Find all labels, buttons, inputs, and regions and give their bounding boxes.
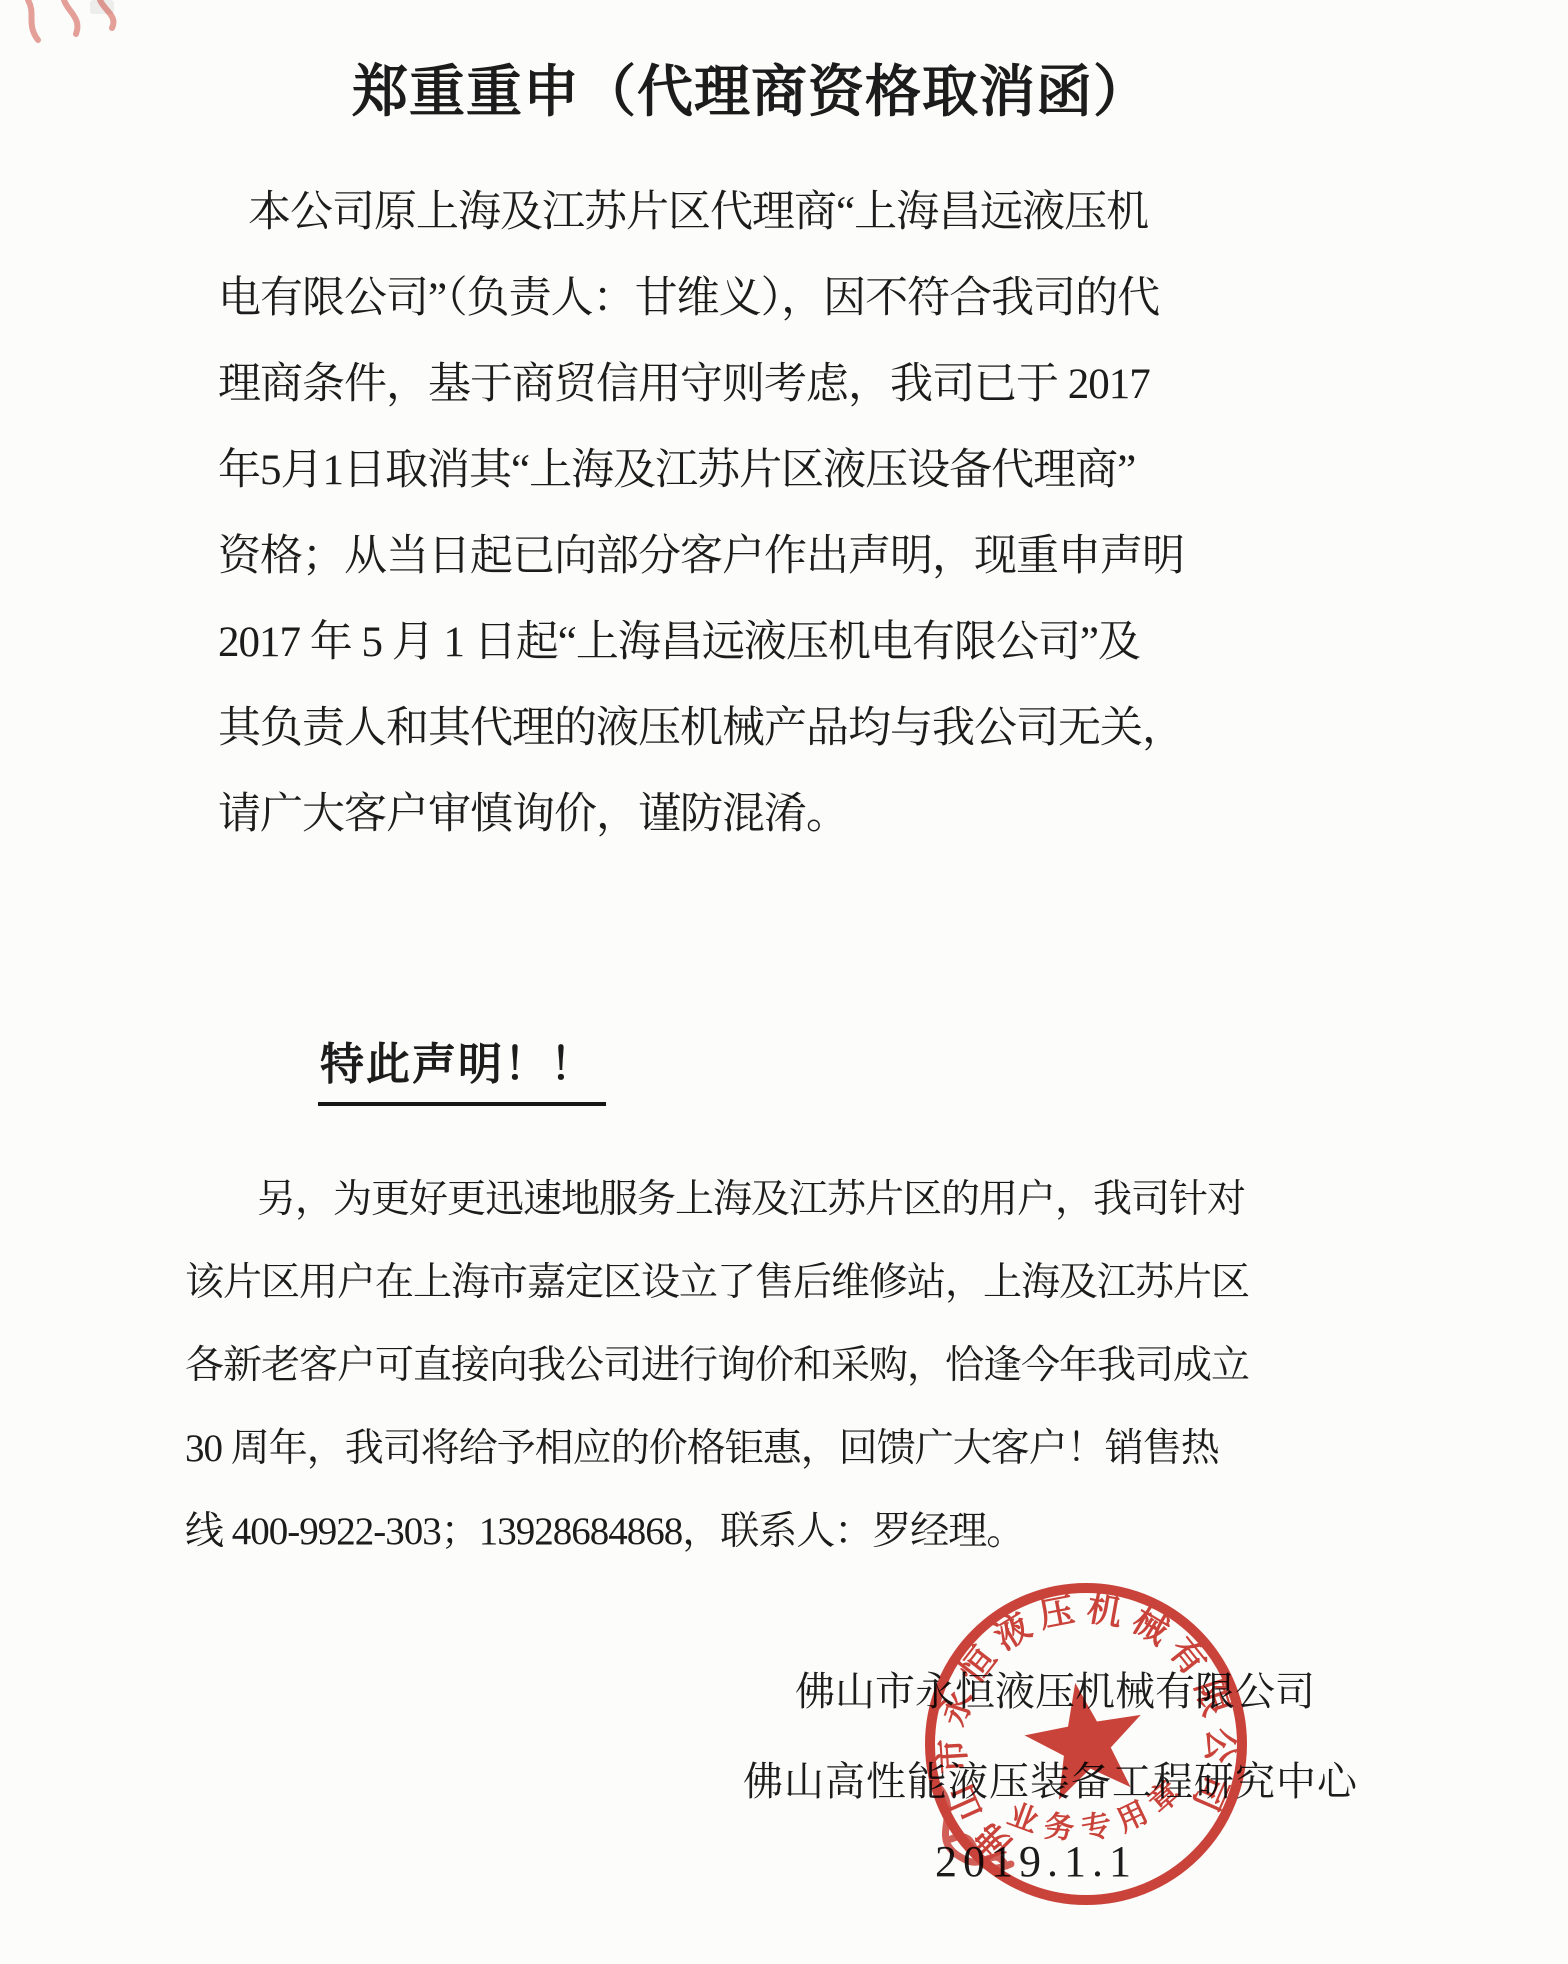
- body-line: 另，为更好更迅速地服务上海及江苏片区的用户，我司针对: [185, 1158, 1145, 1241]
- letter-page: 郑重重申（代理商资格取消函） 本公司原上海及江苏片区代理商“上海昌远液压机 电有…: [0, 0, 1568, 1964]
- statement-heading: 特此声明！！: [318, 1028, 606, 1106]
- body-line: 资格；从当日起已向部分客户作出声明，现重申声明: [218, 514, 1138, 600]
- official-seal: 佛山市永恒液压机械有限公司 业务专用章: [905, 1563, 1267, 1925]
- body-line: 电有限公司”（负责人：甘维义），因不符合我司的代: [218, 256, 1138, 342]
- body-line: 理商条件，基于商贸信用守则考虑，我司已于 2017: [218, 342, 1138, 428]
- body-line: 请广大客户审慎询价，谨防混淆。: [218, 772, 1138, 858]
- star-icon: [1017, 1673, 1153, 1804]
- body-line: 2017 年 5 月 1 日起“上海昌远液压机电有限公司”及: [218, 600, 1138, 686]
- body-line: 本公司原上海及江苏片区代理商“上海昌远液压机: [218, 170, 1138, 256]
- body-line: 其负责人和其代理的液压机械产品均与我公司无关，: [218, 686, 1138, 772]
- paragraph-2: 另，为更好更迅速地服务上海及江苏片区的用户，我司针对 该片区用户在上海市嘉定区设…: [185, 1158, 1145, 1573]
- body-line: 线 400-9922-303；13928684868，联系人：罗经理。: [185, 1490, 1145, 1573]
- seal-bottom-text: 业务专用章: [998, 1765, 1200, 1860]
- body-line: 该片区用户在上海市嘉定区设立了售后维修站，上海及江苏片区: [185, 1241, 1145, 1324]
- body-line: 年5月1日取消其“上海及江苏片区液压设备代理商”: [218, 428, 1138, 514]
- document-title: 郑重重申（代理商资格取消函）: [352, 48, 1150, 128]
- body-line: 各新老客户可直接向我公司进行询价和采购，恰逢今年我司成立: [185, 1324, 1145, 1407]
- body-line: 30 周年，我司将给予相应的价格钜惠，回馈广大客户！销售热: [185, 1407, 1145, 1490]
- red-pen-marks: [16, 0, 128, 48]
- paragraph-1: 本公司原上海及江苏片区代理商“上海昌远液压机 电有限公司”（负责人：甘维义），因…: [218, 170, 1138, 858]
